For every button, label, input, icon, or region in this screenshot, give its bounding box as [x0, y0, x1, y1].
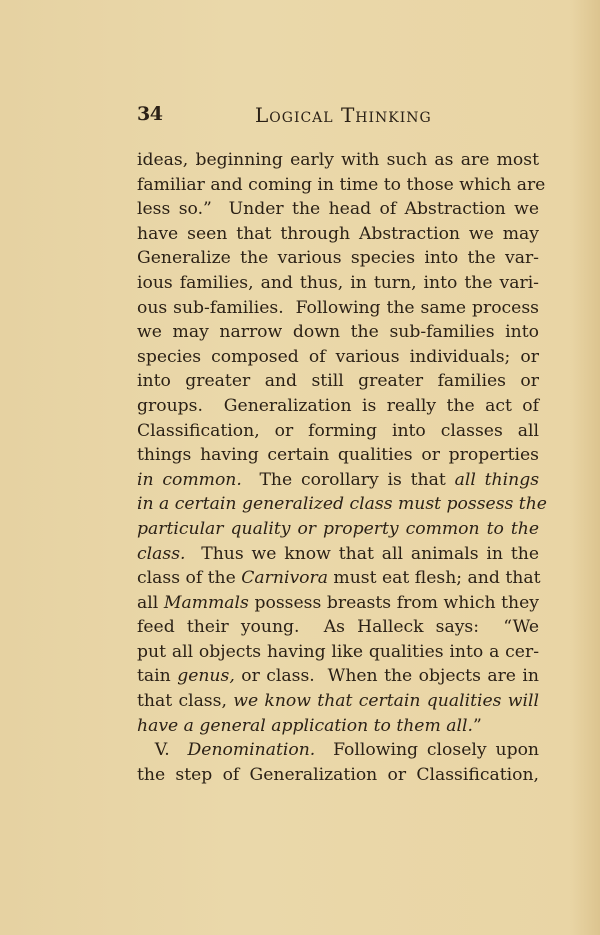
italic-text: in a certain generalized class must poss…	[137, 494, 547, 514]
text-segment: Following closely upon	[315, 740, 539, 760]
text-segment: things having certain qualities or prope…	[137, 445, 539, 465]
text-segment: tain	[137, 666, 177, 686]
italic-text: we know that certain qualities will	[233, 691, 539, 711]
text-segment: all	[137, 593, 164, 613]
text-line: familiar and coming in time to those whi…	[137, 173, 539, 198]
italic-text: in common.	[137, 470, 242, 490]
page-number: 34	[137, 103, 162, 125]
text-line: groups. Generalization is really the act…	[137, 394, 539, 419]
text-segment: put all objects having like qualities in…	[137, 642, 539, 662]
text-line: have seen that through Abstraction we ma…	[137, 222, 539, 247]
text-line: have a general application to them all.”	[137, 714, 539, 739]
italic-text: particular quality or property common to…	[137, 519, 539, 539]
text-segment: the step of Generalization or Classifica…	[137, 765, 539, 785]
running-title: Logical Thinking	[255, 103, 432, 127]
text-line: Classification, or forming into classes …	[137, 419, 539, 444]
text-segment: we may narrow down the sub-families into	[137, 322, 539, 342]
text-line: things having certain qualities or prope…	[137, 443, 539, 468]
text-segment: that class,	[137, 691, 233, 711]
text-segment: ideas, beginning early with such as are …	[137, 150, 539, 170]
italic-text: Denomination.	[188, 740, 316, 760]
text-segment: ”	[473, 716, 482, 736]
text-line: species composed of various individuals;…	[137, 345, 539, 370]
body-text: ideas, beginning early with such as are …	[137, 148, 539, 787]
text-line: that class, we know that certain qualiti…	[137, 689, 539, 714]
text-segment: ous sub-families. Following the same pro…	[137, 298, 539, 318]
text-segment: V.	[137, 740, 188, 760]
italic-text: Carnivora	[241, 568, 328, 588]
text-segment: into greater and still greater families …	[137, 371, 539, 391]
text-segment: have seen that through Abstraction we ma…	[137, 224, 539, 244]
text-segment: feed their young. As Halleck says: “We	[137, 617, 539, 637]
page-header: 34 Logical Thinking	[137, 103, 539, 129]
italic-text: Mammals	[164, 593, 249, 613]
text-line: the step of Generalization or Classifica…	[137, 763, 539, 788]
text-segment: possess breasts from which they	[249, 593, 539, 613]
text-line: particular quality or property common to…	[137, 517, 539, 542]
text-line: into greater and still greater families …	[137, 369, 539, 394]
text-segment: ious families, and thus, in turn, into t…	[137, 273, 539, 293]
text-segment: class of the	[137, 568, 241, 588]
text-line: in common. The corollary is that all thi…	[137, 468, 539, 493]
text-segment: less so.” Under the head of Abstraction …	[137, 199, 539, 219]
text-line: less so.” Under the head of Abstraction …	[137, 197, 539, 222]
italic-text: genus,	[177, 666, 235, 686]
italic-text: all things	[455, 470, 539, 490]
text-segment: Thus we know that all animals in the	[185, 544, 539, 564]
text-line: put all objects having like qualities in…	[137, 640, 539, 665]
text-line: in a certain generalized class must poss…	[137, 492, 539, 517]
text-line: class of the Carnivora must eat flesh; a…	[137, 566, 539, 591]
text-segment: species composed of various individuals;…	[137, 347, 539, 367]
text-segment: must eat flesh; and that	[328, 568, 541, 588]
text-line: all Mammals possess breasts from which t…	[137, 591, 539, 616]
text-segment: familiar and coming in time to those whi…	[137, 175, 545, 195]
text-segment: or class. When the objects are in	[235, 666, 539, 686]
text-line: Generalize the various species into the …	[137, 246, 539, 271]
italic-text: class.	[137, 544, 185, 564]
text-segment: The corollary is that	[242, 470, 455, 490]
text-line: V. Denomination. Following closely upon	[137, 738, 539, 763]
text-line: we may narrow down the sub-families into	[137, 320, 539, 345]
text-segment: Classification, or forming into classes …	[137, 421, 539, 441]
text-segment: Generalize the various species into the …	[137, 248, 539, 268]
text-segment: groups. Generalization is really the act…	[137, 396, 539, 416]
text-line: class. Thus we know that all animals in …	[137, 542, 539, 567]
italic-text: have a general application to them all.	[137, 716, 473, 736]
text-line: tain genus, or class. When the objects a…	[137, 664, 539, 689]
text-line: ious families, and thus, in turn, into t…	[137, 271, 539, 296]
text-line: ideas, beginning early with such as are …	[137, 148, 539, 173]
text-line: feed their young. As Halleck says: “We	[137, 615, 539, 640]
text-line: ous sub-families. Following the same pro…	[137, 296, 539, 321]
